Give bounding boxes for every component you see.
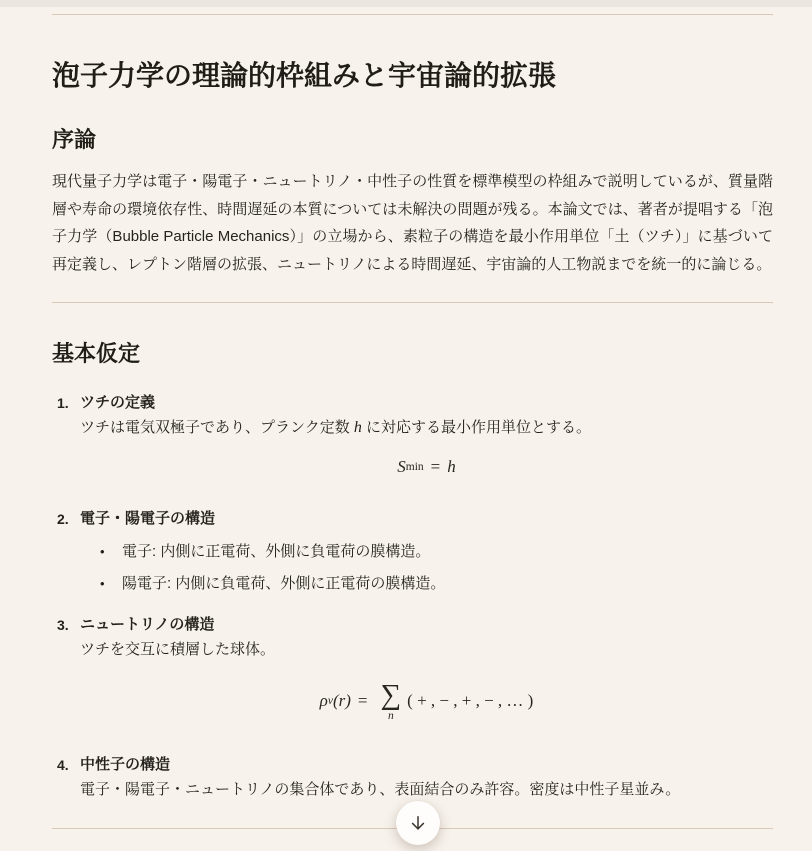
bullet-item-positron: • 陽電子: 内側に負電荷、外側に正電荷の膜構造。 bbox=[100, 571, 773, 597]
list-item-title: ツチの定義 bbox=[80, 391, 773, 415]
list-number: 2. bbox=[52, 507, 80, 597]
sigma-index: n bbox=[388, 710, 394, 723]
sigma-glyph: ∑ bbox=[380, 680, 401, 710]
list-item-body: ニュートリノの構造 ツチを交互に積層した球体。 ρν(r)=∑n( + , − … bbox=[80, 613, 773, 737]
formula-rho: ρ bbox=[320, 691, 328, 711]
intro-paragraph: 現代量子力学は電子・陽電子・ニュートリノ・中性子の性質を標準模型の枠組みで説明し… bbox=[52, 168, 773, 278]
text-segment: に対応する最小作用単位とする。 bbox=[362, 419, 591, 436]
list-item-text: 電子・陽電子・ニュートリノの集合体であり、表面結合のみ許容。密度は中性子星並み。 bbox=[80, 777, 773, 803]
arrow-down-icon bbox=[408, 813, 428, 833]
list-item-body: ツチの定義 ツチは電気双極子であり、プランク定数 h に対応する最小作用単位とす… bbox=[80, 391, 773, 491]
bullet-item-electron: • 電子: 内側に正電荷、外側に負電荷の膜構造。 bbox=[100, 539, 773, 565]
assumptions-heading: 基本仮定 bbox=[52, 339, 773, 369]
formula-neutrino-density: ρν(r)=∑n( + , − , + , − , … ) bbox=[80, 675, 773, 727]
list-item-text: ツチを交互に積層した球体。 bbox=[80, 637, 773, 663]
list-item-neutron: 4. 中性子の構造 電子・陽電子・ニュートリノの集合体であり、表面結合のみ許容。… bbox=[52, 753, 773, 803]
assumptions-list: 1. ツチの定義 ツチは電気双極子であり、プランク定数 h に対応する最小作用単… bbox=[52, 391, 773, 803]
list-item-body: 中性子の構造 電子・陽電子・ニュートリノの集合体であり、表面結合のみ許容。密度は… bbox=[80, 753, 773, 803]
document-body: 泡子力学の理論的枠組みと宇宙論的拡張 序論 現代量子力学は電子・陽電子・ニュート… bbox=[52, 0, 773, 829]
list-number: 3. bbox=[52, 613, 80, 737]
list-item-text: ツチは電気双極子であり、プランク定数 h に対応する最小作用単位とする。 bbox=[80, 415, 773, 441]
text-segment: ツチは電気双極子であり、プランク定数 bbox=[80, 419, 354, 436]
list-item-title: 中性子の構造 bbox=[80, 753, 773, 777]
summation-symbol: ∑n bbox=[380, 680, 401, 723]
bullet-text: 陽電子: 内側に負電荷、外側に正電荷の膜構造。 bbox=[122, 571, 445, 597]
formula-lhs: S bbox=[397, 457, 406, 477]
document-title: 泡子力学の理論的枠組みと宇宙論的拡張 bbox=[52, 58, 773, 94]
section-divider-top bbox=[52, 14, 773, 15]
formula-rhs: h bbox=[447, 457, 456, 477]
list-item-tsuchi-definition: 1. ツチの定義 ツチは電気双極子であり、プランク定数 h に対応する最小作用単… bbox=[52, 391, 773, 491]
sub-bullet-list: • 電子: 内側に正電荷、外側に負電荷の膜構造。 • 陽電子: 内側に負電荷、外… bbox=[100, 539, 773, 597]
bullet-text: 電子: 内側に正電荷、外側に負電荷の膜構造。 bbox=[122, 539, 430, 565]
formula-args: (r) bbox=[333, 691, 351, 711]
scroll-to-bottom-button[interactable] bbox=[396, 801, 440, 845]
inline-math-h: h bbox=[354, 419, 362, 436]
list-item-electron-positron: 2. 電子・陽電子の構造 • 電子: 内側に正電荷、外側に負電荷の膜構造。 • … bbox=[52, 507, 773, 597]
list-item-body: 電子・陽電子の構造 • 電子: 内側に正電荷、外側に負電荷の膜構造。 • 陽電子… bbox=[80, 507, 773, 597]
list-item-title: 電子・陽電子の構造 bbox=[80, 507, 773, 531]
formula-equals: = bbox=[351, 691, 375, 711]
formula-terms: ( + , − , + , − , … ) bbox=[407, 691, 533, 711]
intro-heading: 序論 bbox=[52, 125, 773, 155]
section-divider-mid bbox=[52, 302, 773, 303]
formula-equals: = bbox=[424, 457, 448, 477]
bullet-icon: • bbox=[100, 571, 122, 597]
list-number: 1. bbox=[52, 391, 80, 491]
list-item-neutrino: 3. ニュートリノの構造 ツチを交互に積層した球体。 ρν(r)=∑n( + ,… bbox=[52, 613, 773, 737]
formula-smin: Smin=h bbox=[80, 457, 773, 477]
formula-lhs-subscript: min bbox=[406, 461, 424, 473]
list-number: 4. bbox=[52, 753, 80, 803]
bullet-icon: • bbox=[100, 539, 122, 565]
list-item-title: ニュートリノの構造 bbox=[80, 613, 773, 637]
